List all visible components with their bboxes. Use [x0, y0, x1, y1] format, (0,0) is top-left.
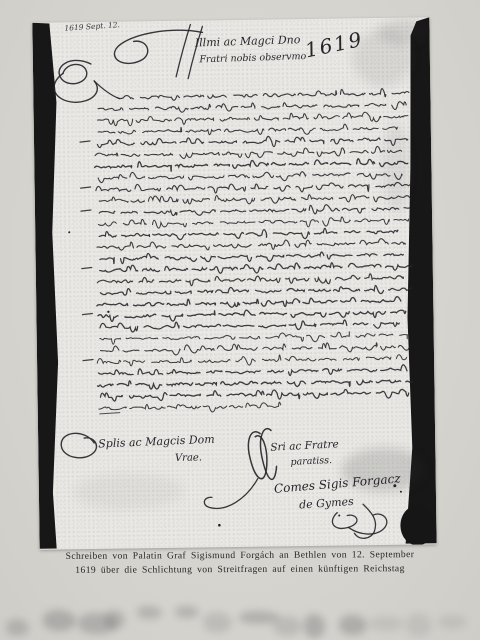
signature-line-2: paratiss. [290, 455, 332, 468]
showthrough-blob [406, 613, 433, 637]
showthrough-blob [137, 606, 162, 619]
showthrough-blob [43, 610, 76, 631]
document-photograph: 1619 Sept. 12. Illmi ac Magci Dno Fratri… [32, 17, 436, 549]
caption-line-2: 1619 über die Schlichtung von Streitfrag… [75, 563, 405, 576]
showthrough-blob [438, 615, 467, 629]
book-page: 1619 Sept. 12. Illmi ac Magci Dno Fratri… [0, 0, 480, 640]
showthrough-blob [6, 619, 29, 636]
showthrough-blob [175, 606, 199, 618]
showthrough-blob [339, 615, 367, 635]
showthrough-blob [105, 610, 125, 629]
caption: Schreiben von Palatin Graf Sigismund For… [0, 548, 480, 578]
closing-line-2: Vrae. [158, 452, 218, 464]
page-showthrough [0, 598, 480, 640]
showthrough-blob [304, 614, 324, 638]
caption-line-1: Schreiben von Palatin Graf Sigismund For… [66, 549, 415, 562]
calligraphic-flourishes [53, 22, 387, 543]
showthrough-blob [369, 616, 404, 631]
body-handwriting [79, 88, 414, 414]
showthrough-blob [203, 612, 232, 633]
handwriting-layer [32, 17, 436, 549]
film-border-left [32, 22, 62, 548]
showthrough-blob [273, 616, 302, 636]
